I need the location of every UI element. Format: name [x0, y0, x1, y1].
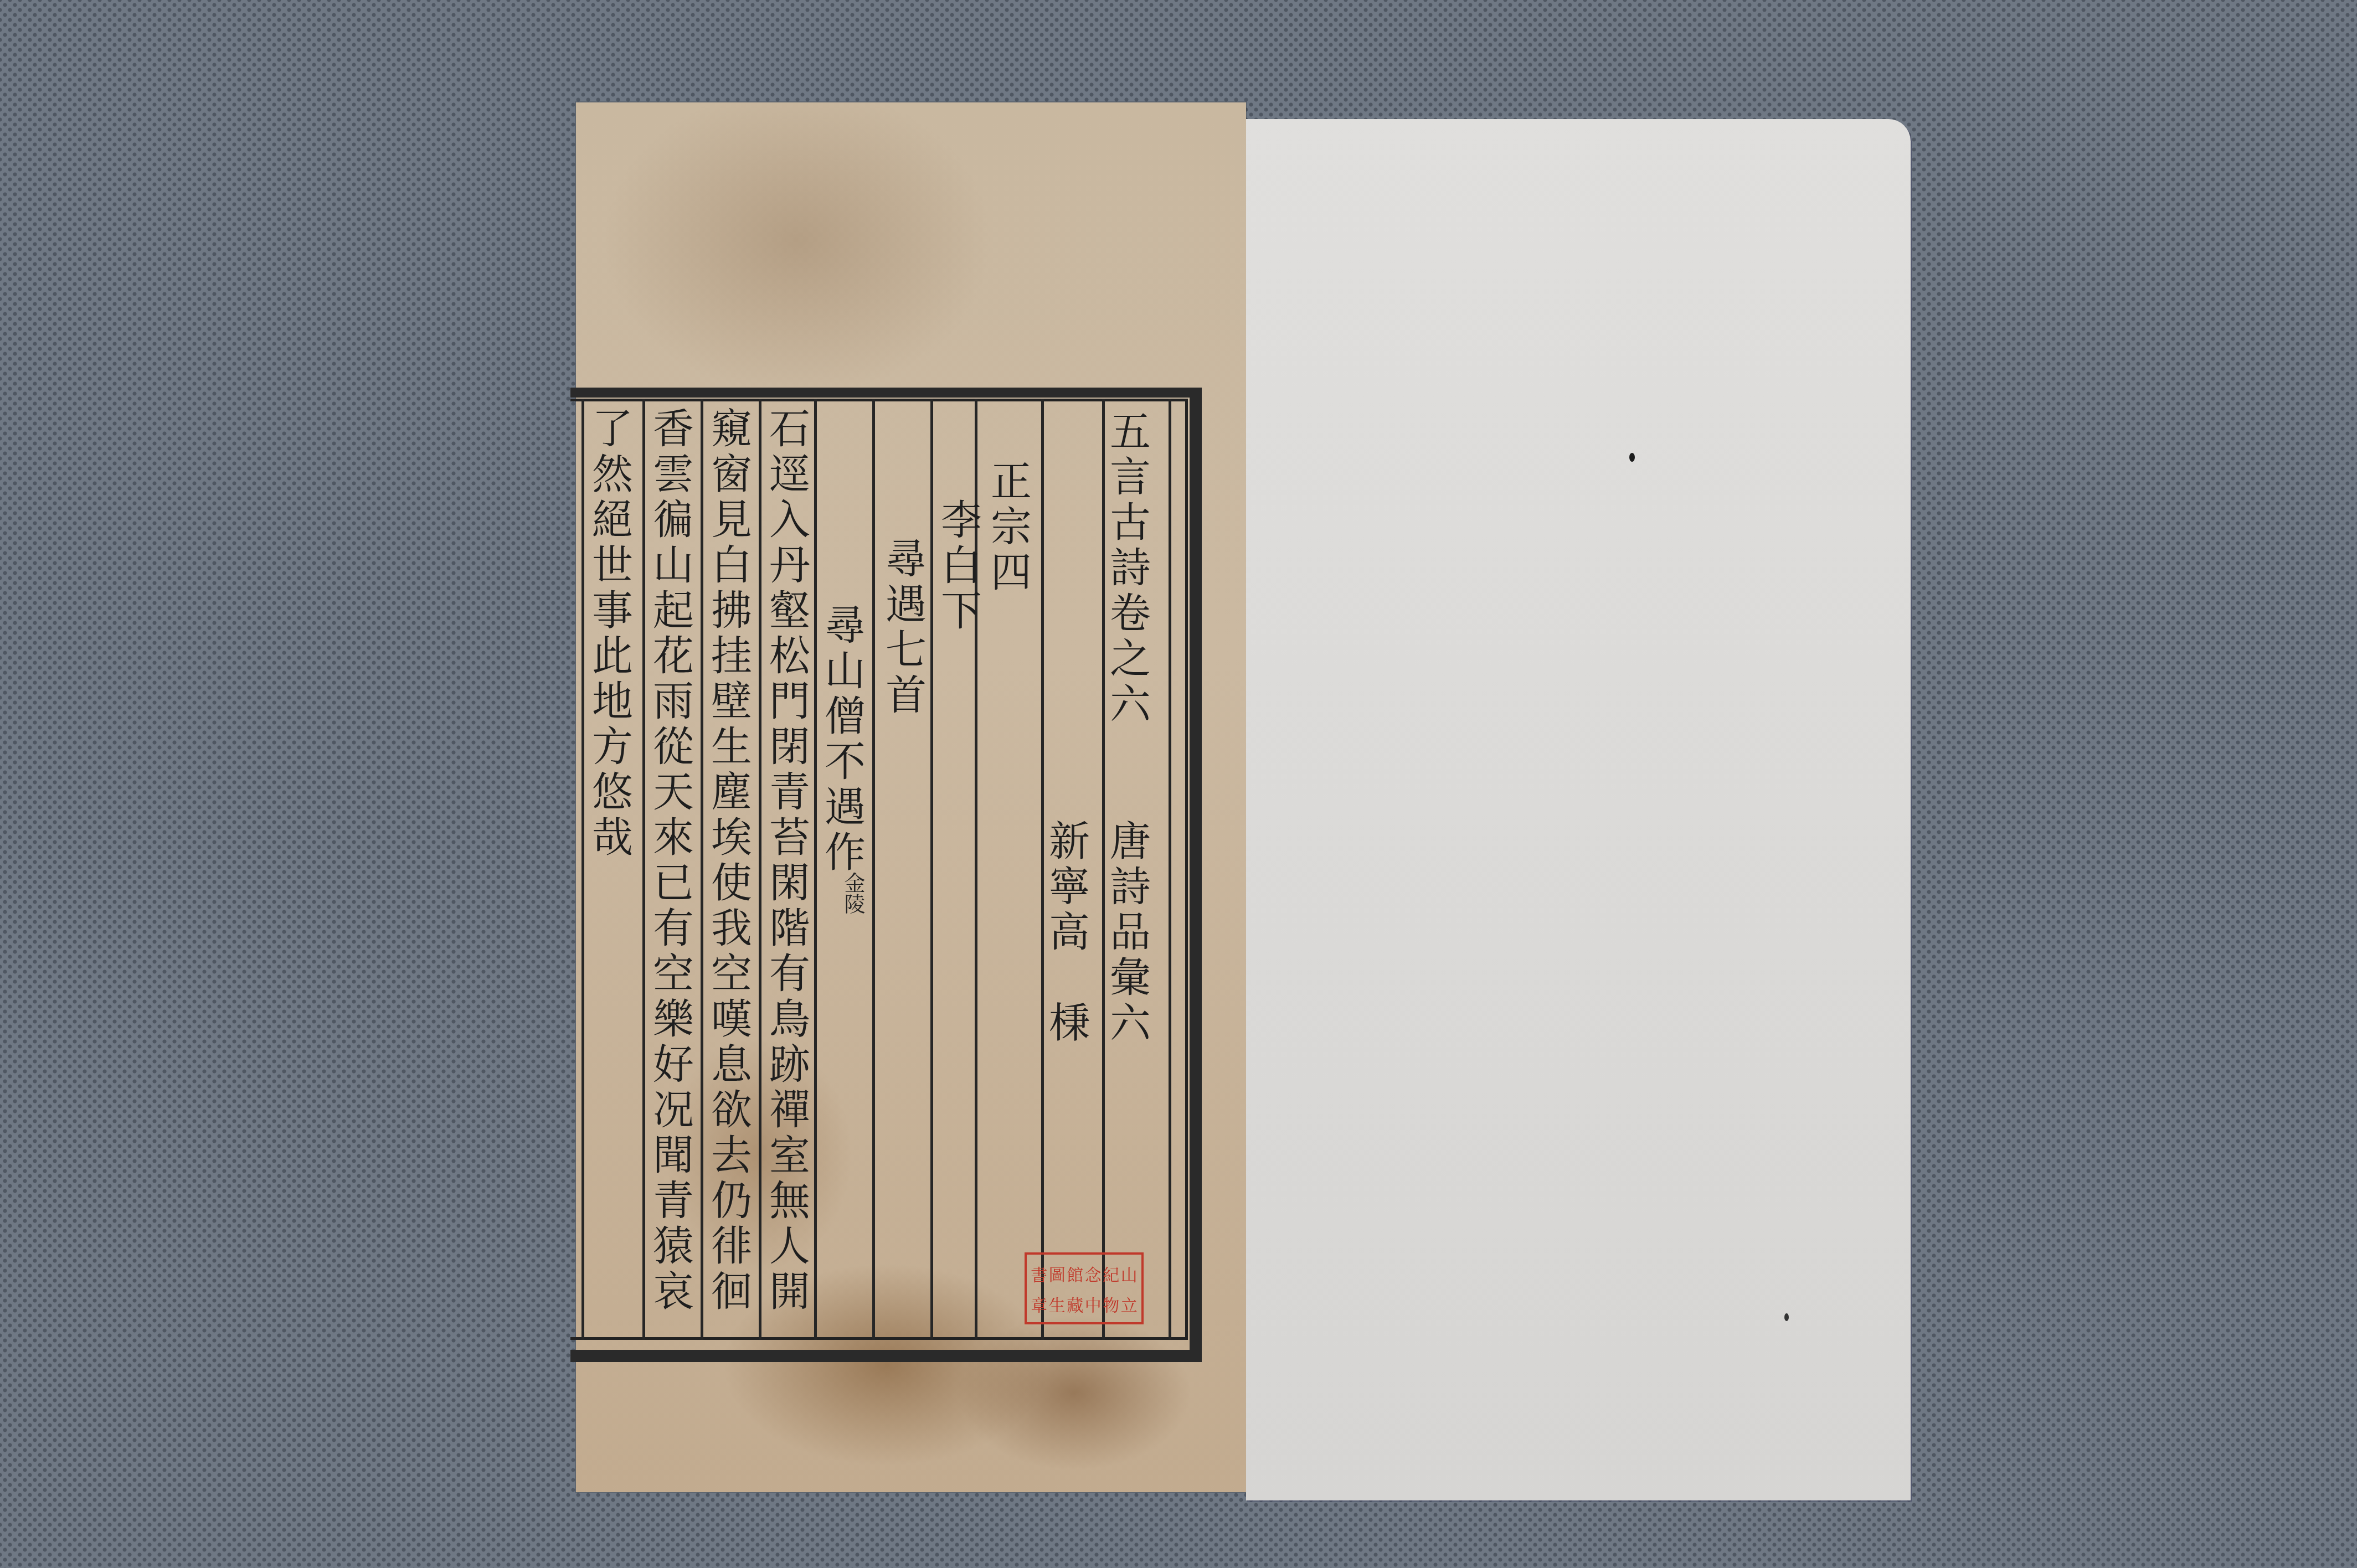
seal-character: 章	[1030, 1292, 1048, 1316]
seal-character: 念	[1084, 1261, 1103, 1286]
compiler-credit: 新寧高 棅	[1044, 819, 1088, 1046]
seal-character: 圖	[1048, 1261, 1067, 1286]
column-rule	[872, 399, 875, 1340]
section-heading: 正宗四	[986, 460, 1030, 596]
poet-heading: 李白下	[936, 498, 980, 635]
poem-line-3: 香雲徧山起花雨從天來已有空樂好况聞青猿哀	[648, 407, 692, 1315]
seal-character: 館	[1066, 1261, 1084, 1286]
poem-title: 尋山僧不遇作	[820, 604, 864, 876]
poem-group-heading: 尋遇七首	[881, 537, 925, 719]
right-page-blank-paper	[1246, 119, 1911, 1500]
seal-character: 藏	[1066, 1292, 1084, 1316]
column-rule	[581, 399, 584, 1340]
poem-line-4: 了然絕世事此地方悠哉	[587, 407, 631, 861]
column-rule	[1169, 399, 1171, 1340]
column-rule	[814, 399, 817, 1340]
column-rule	[642, 399, 645, 1340]
seal-character: 物	[1102, 1292, 1120, 1316]
seal-character: 紀	[1102, 1261, 1120, 1286]
column-rule	[759, 399, 761, 1340]
poem-line-2: 窺窗見白拂挂壁生塵埃使我空嘆息欲去仍徘徊	[706, 407, 750, 1315]
ink-speck	[1784, 1313, 1789, 1321]
red-collector-seal: 書 圖 館 念 紀 山 章 生 藏 中 物 立	[1025, 1252, 1144, 1324]
poem-title-annotation: 金陵	[842, 872, 864, 914]
series-title: 唐詩品彙六	[1105, 819, 1149, 1046]
seal-character: 中	[1084, 1292, 1103, 1316]
poem-line-1: 石逕入丹壑松門閉青苔閑階有鳥跡禪室無人開	[764, 407, 809, 1315]
ink-speck	[1629, 453, 1635, 462]
column-rule	[930, 399, 933, 1340]
volume-title: 五言古詩卷之六	[1105, 410, 1149, 728]
column-rule	[701, 399, 703, 1340]
seal-character: 生	[1048, 1292, 1067, 1316]
seal-character: 書	[1030, 1261, 1048, 1286]
seal-character: 立	[1120, 1292, 1139, 1316]
seal-character: 山	[1120, 1261, 1139, 1286]
